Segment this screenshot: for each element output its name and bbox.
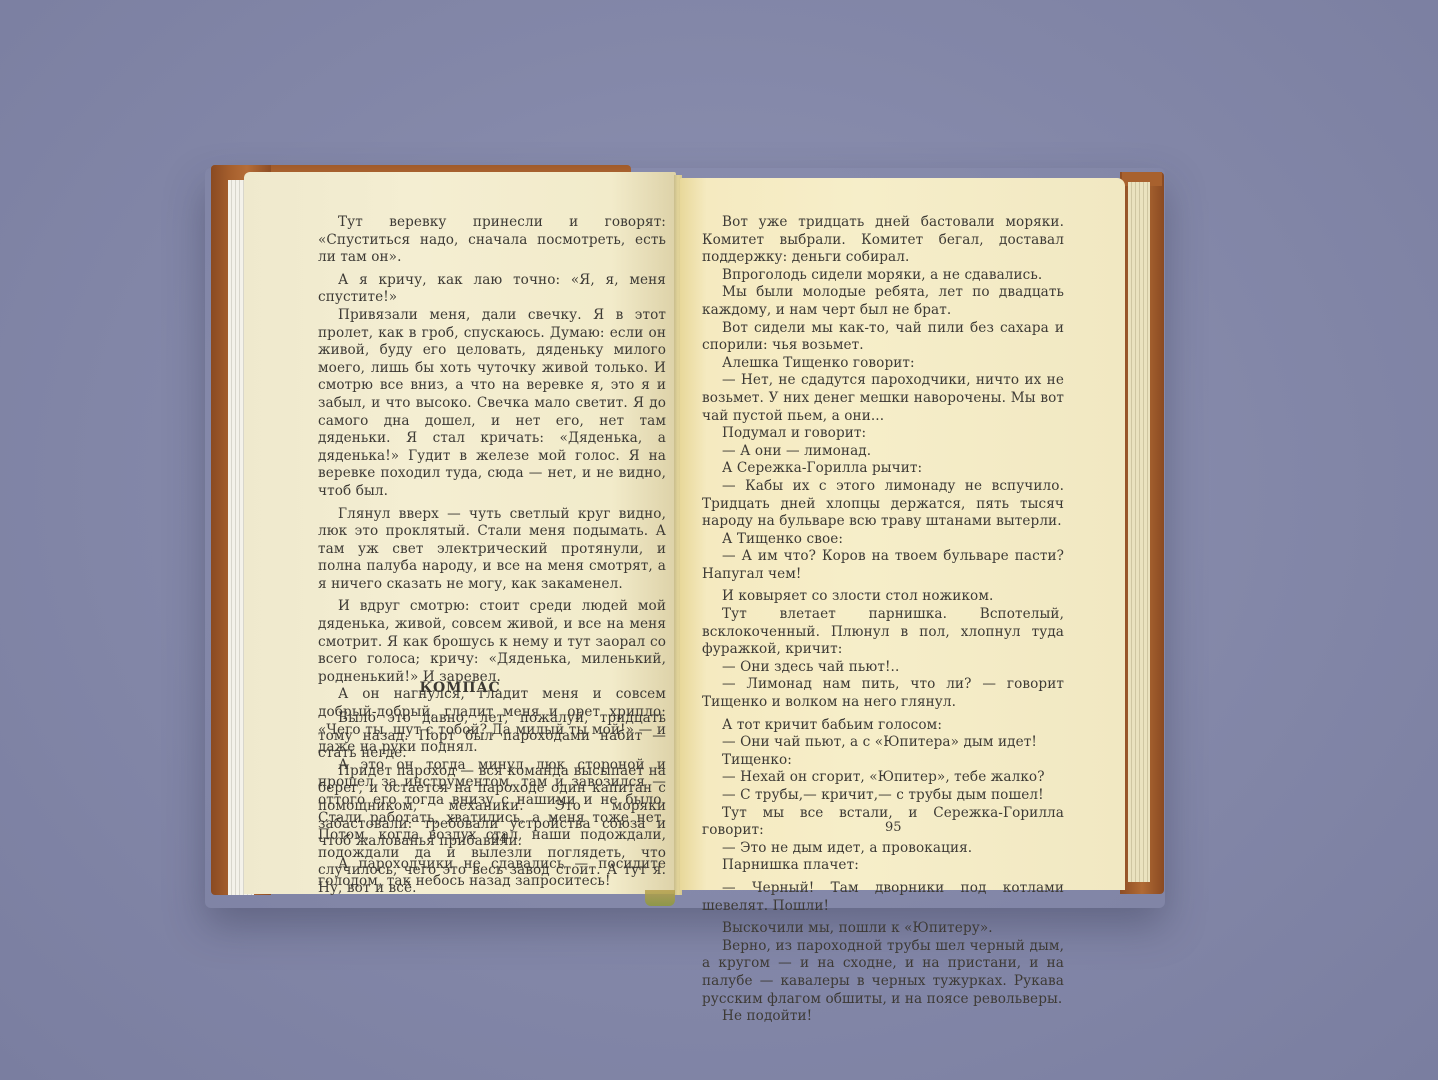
paragraph: Вот сидели мы как-то, чай пили без сахар… [702, 320, 1064, 355]
paragraph: Вот уже тридцать дней бастовали моряки. … [702, 214, 1064, 267]
paragraph: И ковыряет со злости стол ножиком. [702, 588, 1064, 606]
paragraph: — Это не дым идет, а провокация. [702, 840, 1064, 858]
paragraph: А пароходчики не сдавались — посидите го… [318, 856, 666, 891]
paragraph: — Они чай пьют, а с «Юпитера» дым идет! [702, 734, 1064, 752]
paragraph: А тот кричит бабьим голосом: [702, 717, 1064, 735]
paragraph: Тут мы все встали, и Сережка-Горилла гов… [702, 805, 1064, 840]
paragraph: — Лимонад нам пить, что ли? — говорит Ти… [702, 676, 1064, 711]
paragraph: А я кричу, как лаю точно: «Я, я, меня сп… [318, 272, 666, 307]
paragraph: Глянул вверх — чуть светлый круг видно, … [318, 506, 666, 594]
page-edges-right [1128, 182, 1150, 882]
paragraph: А Тищенко свое: [702, 531, 1064, 549]
right-page-text: Вот уже тридцать дней бастовали моряки. … [702, 214, 1064, 1026]
paragraph: — С трубы,— кричит,— с трубы дым пошел! [702, 787, 1064, 805]
paragraph: — Нехай он сгорит, «Юпитер», тебе жалко? [702, 769, 1064, 787]
paragraph: — А они — лимонад. [702, 443, 1064, 461]
paragraph: Тищенко: [702, 752, 1064, 770]
paragraph: Мы были молодые ребята, лет по двадцать … [702, 284, 1064, 319]
paragraph: Не подойти! [702, 1008, 1064, 1026]
paragraph: Тут влетает парнишка. Вспотелый, всклоко… [702, 606, 1064, 659]
chapter-heading: КОМПАС [244, 680, 676, 696]
left-page: Тут веревку принесли и говорят: «Спустит… [244, 172, 676, 894]
paragraph: Тут веревку принесли и говорят: «Спустит… [318, 214, 666, 267]
page-number-left: 94 [491, 832, 508, 847]
paragraph: — Они здесь чай пьют!.. [702, 659, 1064, 677]
paragraph: Парнишка плачет: [702, 857, 1064, 875]
page-number-right: 95 [885, 820, 902, 835]
paragraph: Верно, из пароходной трубы шел черный ды… [702, 938, 1064, 1008]
paragraph: Подумал и говорит: [702, 425, 1064, 443]
paragraph: — Черный! Там дворники под котлами шевел… [702, 880, 1064, 915]
paragraph: — Кабы их с этого лимонаду не вспучило. … [702, 478, 1064, 531]
paragraph: А Сережка-Горилла рычит: [702, 460, 1064, 478]
paragraph: Алешка Тищенко говорит: [702, 355, 1064, 373]
paragraph: — А им что? Коров на твоем бульваре паст… [702, 548, 1064, 583]
paragraph: Впроголодь сидели моряки, а не сдавались… [702, 267, 1064, 285]
paragraph: Привязали меня, дали свечку. Я в этот пр… [318, 307, 666, 501]
paragraph: И вдруг смотрю: стоит среди людей мой дя… [318, 598, 666, 686]
paragraph: Было это давно, лет, пожалуй, тридцать т… [318, 710, 666, 763]
left-page-text-bottom: Было это давно, лет, пожалуй, тридцать т… [318, 710, 666, 891]
paragraph: Выскочили мы, пошли к «Юпитеру». [702, 920, 1064, 938]
right-page: Вот уже тридцать дней бастовали моряки. … [680, 178, 1125, 890]
paragraph: — Нет, не сдадутся пароходчики, ничто их… [702, 372, 1064, 425]
bookmark-ribbon [645, 890, 675, 906]
